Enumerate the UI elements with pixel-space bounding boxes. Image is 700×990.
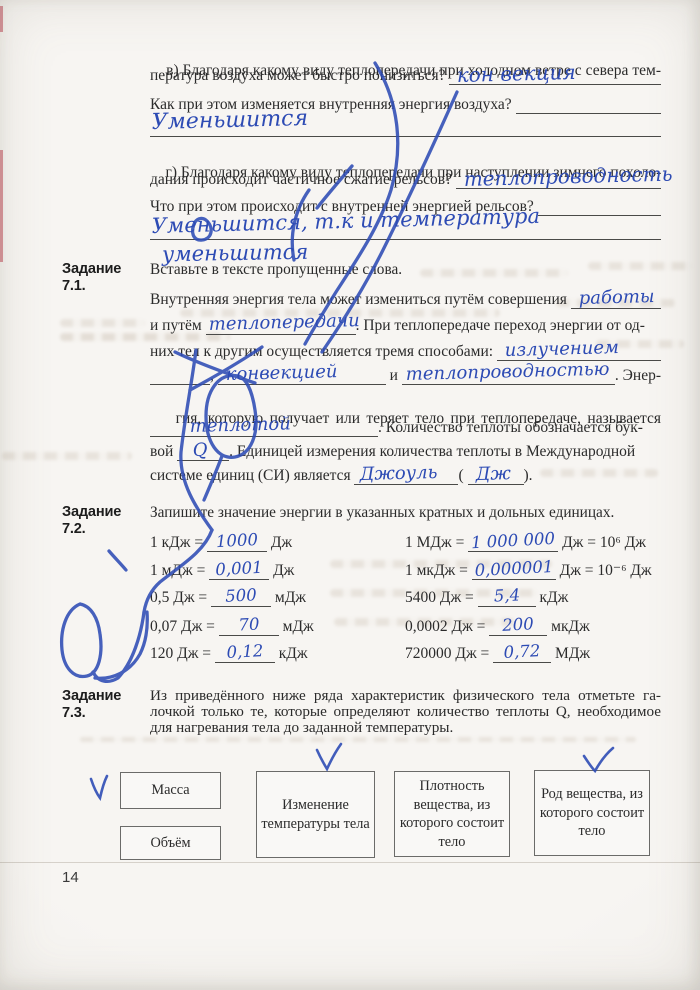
answer-blank: конвекцией bbox=[218, 367, 386, 385]
task-7-1-intro: Вставьте в тексте пропущенные слова. bbox=[150, 261, 661, 278]
handwritten-value: 70 bbox=[238, 615, 260, 634]
equation-pre: 1 кДж = bbox=[150, 534, 207, 552]
printed-text: . Количество теплоты обозначается бук- bbox=[378, 419, 643, 437]
scan-line bbox=[0, 862, 700, 863]
check-mark bbox=[91, 776, 107, 798]
answer-blank: 200 bbox=[489, 618, 547, 636]
question-v-line1: в) Благодаря какому виду теплопередачи п… bbox=[150, 44, 661, 62]
handwritten-value: 5,4 bbox=[493, 586, 520, 605]
handwritten-value: 1 000 000 bbox=[471, 530, 556, 552]
handwritten-answer: излучением bbox=[504, 339, 619, 360]
option-label: Род вещества, из которого состоит тело bbox=[539, 785, 645, 841]
answer-blank: 70 bbox=[219, 618, 279, 636]
equation-row: 720000 Дж = 0,72 МДж bbox=[405, 643, 590, 663]
answer-blank: излучением bbox=[497, 343, 661, 361]
task-7-1-line4: , конвекцией и теплопроводностью . Энер- bbox=[150, 367, 661, 385]
option-label: Изменение температуры тела bbox=[261, 796, 370, 833]
answer-blank bbox=[516, 96, 661, 114]
bleed-through bbox=[60, 319, 145, 327]
equation-post: кДж bbox=[275, 645, 308, 663]
option-box-density: Плотность вещества, из которого состоит … bbox=[394, 771, 510, 857]
pen-stroke bbox=[93, 612, 144, 681]
answer-blank: Джоуль bbox=[354, 467, 458, 485]
bleed-through bbox=[80, 737, 636, 742]
equation-row: 120 Дж = 0,12 кДж bbox=[150, 643, 308, 663]
equation-row: 1 мДж = 0,001 Дж bbox=[150, 560, 294, 580]
equation-row: 1 мкДж = 0,000001 Дж = 10⁻⁶ Дж bbox=[405, 560, 652, 580]
task-7-1-label: Задание 7.1. bbox=[62, 261, 148, 295]
option-box-mass: Масса bbox=[120, 772, 221, 809]
task-7-3-line3: для нагревания тела до заданной температ… bbox=[150, 720, 661, 736]
printed-text: них тел к другим осуществляется тремя сп… bbox=[150, 343, 497, 361]
printed-text: системе единиц (СИ) является bbox=[150, 467, 354, 485]
handwritten-value: 0,001 bbox=[215, 559, 263, 579]
task-7-1-line7: вой Q . Единицей измерения количества те… bbox=[150, 443, 661, 461]
handwritten-answer: кон векция bbox=[457, 63, 576, 84]
question-g-line2: дания происходит частичное сжатие рельсо… bbox=[150, 171, 661, 189]
printed-text: . При теплопередаче переход энергии от о… bbox=[356, 317, 645, 335]
task-7-2-label: Задание 7.2. bbox=[62, 504, 148, 538]
printed-text: и путём bbox=[150, 317, 206, 335]
equation-post: МДж bbox=[551, 645, 590, 663]
pen-stroke bbox=[62, 604, 101, 676]
handwritten-value: 0,000001 bbox=[474, 558, 554, 580]
page-number: 14 bbox=[62, 869, 79, 886]
handwritten-answer: Уменьшится bbox=[151, 106, 308, 135]
equation-row: 1 МДж = 1 000 000 Дж = 10⁶ Дж bbox=[405, 532, 646, 552]
equation-post: кДж bbox=[536, 589, 569, 607]
handwritten-answer: теплотой bbox=[190, 415, 292, 436]
handwritten-value: 500 bbox=[225, 586, 257, 606]
equation-post: Дж = 10⁻⁶ Дж bbox=[556, 562, 652, 580]
equation-pre: 0,5 Дж = bbox=[150, 589, 211, 607]
answer-blank: кон векция bbox=[449, 67, 661, 85]
answer-blank: теплопроводность bbox=[456, 171, 661, 189]
answer-blank bbox=[150, 367, 210, 385]
printed-text: Внутренняя энергия тела может измениться… bbox=[150, 291, 571, 309]
printed-text: ( bbox=[458, 467, 467, 485]
task-7-2-intro: Запишите значение энергии в указанных кр… bbox=[150, 504, 661, 521]
answer-blank: Дж bbox=[468, 467, 524, 485]
equation-post: Дж bbox=[267, 534, 292, 552]
answer-blank: 0,001 bbox=[209, 562, 269, 580]
equation-pre: 0,0002 Дж = bbox=[405, 618, 489, 636]
handwritten-answer: работы bbox=[578, 288, 654, 308]
equation-pre: 1 мкДж = bbox=[405, 562, 472, 580]
option-box-volume: Объём bbox=[120, 826, 221, 860]
bleed-through bbox=[2, 452, 132, 460]
task-7-1-line8: системе единиц (СИ) является Джоуль ( Дж… bbox=[150, 467, 661, 485]
answer-blank: теплопроводностью bbox=[402, 367, 615, 385]
answer-blank: 1000 bbox=[207, 534, 267, 552]
handwritten-answer: Q bbox=[193, 442, 208, 460]
equation-row: 0,07 Дж = 70 мДж bbox=[150, 616, 314, 636]
handwritten-answer: Дж bbox=[475, 465, 511, 484]
printed-text: . Энер- bbox=[615, 367, 661, 385]
printed-text: и bbox=[386, 367, 402, 385]
printed-text: ). bbox=[524, 467, 533, 485]
equation-pre: 720000 Дж = bbox=[405, 645, 493, 663]
answer-blank: 5,4 bbox=[478, 589, 536, 607]
answer-blank: теплотой bbox=[150, 419, 378, 437]
printed-text: вой bbox=[150, 443, 177, 461]
workbook-page: в) Благодаря какому виду теплопередачи п… bbox=[0, 0, 700, 990]
answer-blank: 0,12 bbox=[215, 645, 275, 663]
printed-text: . Единицей измерения количества теплоты … bbox=[229, 443, 635, 461]
handwritten-value: 0,72 bbox=[503, 642, 541, 662]
printed-text: , bbox=[210, 367, 218, 385]
answer-blank: теплопередачи bbox=[206, 317, 356, 335]
check-mark bbox=[584, 748, 613, 771]
handwritten-answer: Джоуль bbox=[360, 464, 438, 484]
handwritten-value: 1000 bbox=[215, 531, 258, 551]
equation-post: мДж bbox=[279, 618, 314, 636]
task-7-1-line5: гия, которую получает или теряет тело пр… bbox=[150, 392, 661, 410]
question-text: пература воздуха может быстро понизиться… bbox=[150, 67, 449, 85]
equation-pre: 0,07 Дж = bbox=[150, 618, 219, 636]
answer-blank: 500 bbox=[211, 589, 271, 607]
handwritten-answer: теплопроводность bbox=[463, 165, 672, 188]
equation-pre: 5400 Дж = bbox=[405, 589, 478, 607]
handwritten-answer: теплопроводностью bbox=[405, 361, 609, 384]
answer-blank: 1 000 000 bbox=[468, 534, 558, 552]
equation-pre: 1 мДж = bbox=[150, 562, 209, 580]
equation-post: мДж bbox=[271, 589, 306, 607]
handwritten-answer: конвекцией bbox=[225, 363, 337, 384]
page-edge-mark bbox=[0, 6, 3, 32]
answer-blank: работы bbox=[571, 291, 661, 309]
equation-pre: 120 Дж = bbox=[150, 645, 215, 663]
equation-row: 5400 Дж = 5,4 кДж bbox=[405, 587, 568, 607]
task-7-3-line1: Из приведённого ниже ряда характеристик … bbox=[150, 688, 661, 704]
task-7-3-label: Задание 7.3. bbox=[62, 688, 148, 722]
check-mark bbox=[317, 744, 341, 769]
option-box-substance-kind: Род вещества, из которого состоит тело bbox=[534, 770, 650, 856]
equation-row: 0,5 Дж = 500 мДж bbox=[150, 587, 306, 607]
task-7-1-line1: Внутренняя энергия тела может измениться… bbox=[150, 291, 661, 309]
page-edge-mark bbox=[0, 150, 3, 262]
task-7-1-line2: и путём теплопередачи . При теплопередач… bbox=[150, 317, 661, 335]
task-7-1-line6: теплотой . Количество теплоты обозначает… bbox=[150, 419, 661, 437]
equation-post: Дж = 10⁶ Дж bbox=[558, 534, 646, 552]
pen-stroke bbox=[109, 551, 126, 570]
answer-blank bbox=[538, 198, 661, 216]
equation-pre: 1 МДж = bbox=[405, 534, 468, 552]
option-label: Объём bbox=[150, 834, 190, 853]
pen-stroke bbox=[95, 612, 147, 678]
option-box-temperature-change: Изменение температуры тела bbox=[256, 771, 375, 858]
answer-blank: 0,000001 bbox=[472, 562, 556, 580]
question-v-line2: пература воздуха может быстро понизиться… bbox=[150, 67, 661, 85]
handwritten-value: 200 bbox=[502, 615, 534, 635]
answer-line: Уменьшится bbox=[150, 118, 661, 137]
equation-row: 1 кДж = 1000 Дж bbox=[150, 532, 292, 552]
task-7-3-line2: лочкой только те, которые определяют кол… bbox=[150, 704, 661, 720]
question-text: дания происходит частичное сжатие рельсо… bbox=[150, 171, 456, 189]
equation-post: мкДж bbox=[547, 618, 590, 636]
answer-blank: 0,72 bbox=[493, 645, 551, 663]
equation-row: 0,0002 Дж = 200 мкДж bbox=[405, 616, 590, 636]
option-label: Плотность вещества, из которого состоит … bbox=[399, 777, 505, 851]
option-label: Масса bbox=[151, 781, 189, 800]
answer-line: Уменьшится, т.к и температура bbox=[150, 221, 661, 240]
handwritten-answer: теплопередачи bbox=[208, 312, 359, 334]
equation-post: Дж bbox=[269, 562, 294, 580]
question-g-line1: г) Благодаря какому виду теплопередачи п… bbox=[150, 146, 661, 164]
answer-blank: Q bbox=[177, 443, 229, 461]
handwritten-value: 0,12 bbox=[226, 642, 264, 662]
